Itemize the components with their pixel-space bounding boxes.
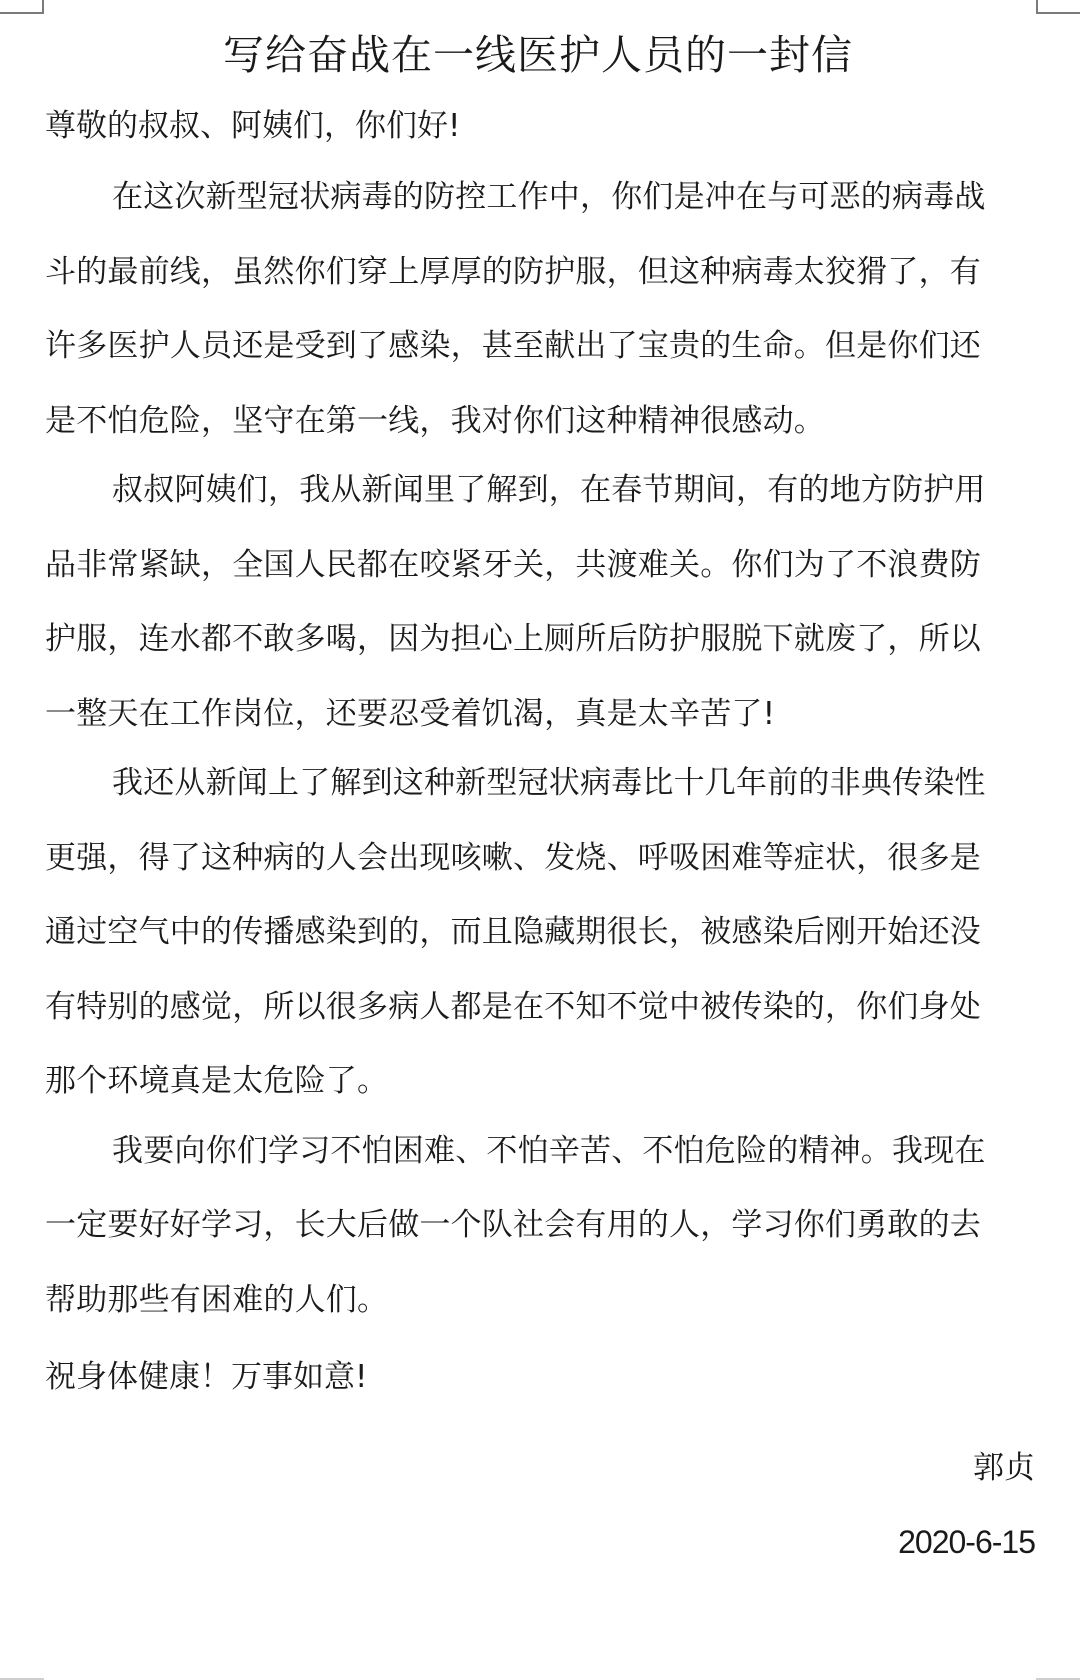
closing-wish: 祝身体健康！万事如意! [45, 1355, 1035, 1399]
paragraph-2: 叔叔阿姨们，我从新闻里了解到，在春节期间，有的地方防护用 品非常紧缺，全国人民都… [45, 453, 1017, 751]
paragraph-line: 有特别的感觉，所以很多病人都是在不知不觉中被传染的，你们身处 [45, 970, 1017, 1045]
signature-date: 2020-6-15 [898, 1520, 1035, 1564]
paragraph-1: 在这次新型冠状病毒的防控工作中，你们是冲在与可恶的病毒战 斗的最前线，虽然你们穿… [45, 160, 1017, 458]
paragraph-line: 我要向你们学习不怕困难、不怕辛苦、不怕危险的精神。我现在 [45, 1114, 1017, 1189]
paragraph-line: 斗的最前线，虽然你们穿上厚厚的防护服，但这种病毒太狡猾了，有 [45, 235, 1017, 310]
signature-name: 郭贞 [973, 1446, 1035, 1490]
paragraph-line: 通过空气中的传播感染到的，而且隐藏期很长，被感染后刚开始还没 [45, 895, 1017, 970]
paragraph-line: 在这次新型冠状病毒的防控工作中，你们是冲在与可恶的病毒战 [45, 160, 1017, 235]
paragraph-line: 那个环境真是太危险了。 [45, 1044, 1017, 1119]
paragraph-line: 是不怕危险，坚守在第一线，我对你们这种精神很感动。 [45, 384, 1017, 459]
paragraph-line: 我还从新闻上了解到这种新型冠状病毒比十几年前的非典传染性 [45, 746, 1017, 821]
greeting: 尊敬的叔叔、阿姨们，你们好! [45, 104, 1035, 148]
paragraph-line: 帮助那些有困难的人们。 [45, 1263, 1017, 1338]
paragraph-line: 护服，连水都不敢多喝，因为担心上厕所后防护服脱下就废了，所以 [45, 602, 1017, 677]
paragraph-line: 品非常紧缺，全国人民都在咬紧牙关，共渡难关。你们为了不浪费防 [45, 528, 1017, 603]
paragraph-line: 叔叔阿姨们，我从新闻里了解到，在春节期间，有的地方防护用 [45, 453, 1017, 528]
paragraph-line: 许多医护人员还是受到了感染，甚至献出了宝贵的生命。但是你们还 [45, 309, 1017, 384]
document-title: 写给奋战在一线医护人员的一封信 [45, 20, 1035, 90]
crop-mark-top-left [0, 0, 44, 14]
paragraph-line: 更强，得了这种病的人会出现咳嗽、发烧、呼吸困难等症状，很多是 [45, 821, 1017, 896]
paragraph-4: 我要向你们学习不怕困难、不怕辛苦、不怕危险的精神。我现在 一定要好好学习，长大后… [45, 1114, 1017, 1338]
paragraph-line: 一整天在工作岗位，还要忍受着饥渴，真是太辛苦了! [45, 677, 1017, 752]
paragraph-line: 一定要好好学习，长大后做一个队社会有用的人，学习你们勇敢的去 [45, 1188, 1017, 1263]
crop-mark-top-right [1036, 0, 1080, 14]
paragraph-3: 我还从新闻上了解到这种新型冠状病毒比十几年前的非典传染性 更强，得了这种病的人会… [45, 746, 1017, 1119]
document-page: 写给奋战在一线医护人员的一封信 尊敬的叔叔、阿姨们，你们好! 在这次新型冠状病毒… [45, 20, 1035, 1399]
